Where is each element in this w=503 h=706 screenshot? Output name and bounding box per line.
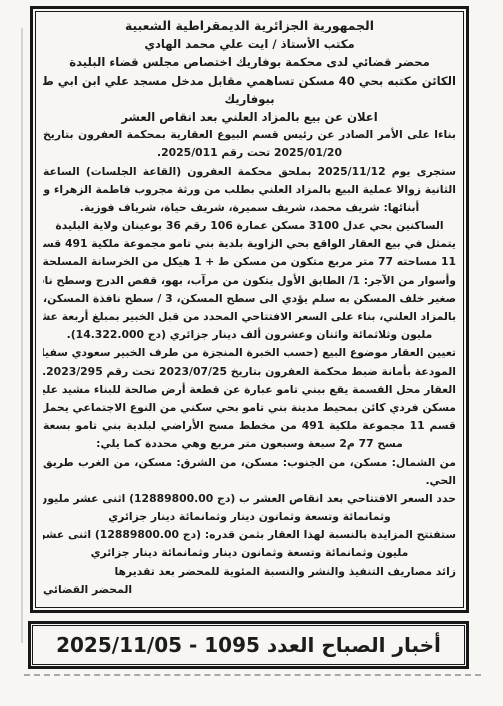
body-line: من الشمال: مسكن، من الجنوب: مسكن، من الش… (43, 454, 456, 472)
body-line: مليون وثلاثمائة واثنان وعشرون ألف دينار … (43, 326, 456, 344)
body-line: الساكنين بحي عدل 3100 مسكن عمارة 106 رقم… (43, 217, 456, 235)
office-city: ببوفاريك (43, 90, 456, 108)
newspaper-issue-text: أخبار الصباح العدد 1095 - 2025/11/05 (56, 633, 441, 657)
body-line: أبنائها: شريف محمد، شريف سميرة، شريف حيا… (43, 199, 456, 217)
newspaper-issue-inner: أخبار الصباح العدد 1095 - 2025/11/05 (32, 625, 465, 665)
scan-edge-artifact (21, 28, 23, 643)
document-page: الجمهورية الجزائرية الديمقراطية الشعبية … (0, 0, 503, 706)
scan-dashed-line (24, 674, 481, 676)
signature: المحضر القضائي (43, 581, 456, 599)
body-line: ستجرى يوم 2025/11/12 بملحق محكمة العفرون… (43, 163, 456, 181)
notice-title: اعلان عن بيع بالمزاد العلني بعد انقاص ال… (43, 108, 456, 126)
body-line: 2025/01/20 تحت رقم 2025/011. (43, 144, 456, 162)
newspaper-issue-box: أخبار الصباح العدد 1095 - 2025/11/05 (28, 621, 469, 669)
body-line: يتمثل في بيع العقار الواقع بحي الزاوية ب… (43, 235, 456, 253)
body-line: تعيين العقار موضوع البيع (حسب الخبرة الم… (43, 344, 456, 362)
body-line: العقار محل القسمة يقع ببني تامو عبارة عن… (43, 381, 456, 399)
bailiff-title: محضر قضائي لدى محكمة بوفاريك اختصاص مجلس… (43, 53, 456, 71)
notice-content: الجمهورية الجزائرية الديمقراطية الشعبية … (35, 11, 464, 608)
body-line: المودعة بأمانة ضبط محكمة العفرون بتاريخ … (43, 363, 456, 381)
body-line: مسكن فردي كائن بمحيط مدينة بني تامو بحي … (43, 399, 456, 417)
body-line: وثمانمائة وتسعة وثمانون دينار وثمانمائة … (43, 508, 456, 526)
body-line: 11 مساحته 77 متر مربع متكون من مسكن ط + … (43, 253, 456, 271)
office-name: مكتب الأستاذ / ايت علي محمد الهادي (43, 35, 456, 53)
notice-box: الجمهورية الجزائرية الديمقراطية الشعبية … (30, 6, 469, 613)
body-line: مليون وثمانمائة وتسعة وثمانون دينار وثما… (43, 544, 456, 562)
body-line: مسح 77 م2 سبعة وسبعون متر مربع وهي محددة… (43, 435, 456, 453)
body-line: زائد مصاريف التنفيذ والنشر والنسبة المئو… (43, 563, 456, 581)
body-line: حدد السعر الافتتاحي بعد انقاص العشر ب ⁦(… (43, 490, 456, 508)
body-line: قسم 11 مجموعة ملكية 491 من مخطط مسح الأر… (43, 417, 456, 435)
body-line: الحي. (43, 472, 456, 490)
body-line: وأسوار من الآجر: 1/ الطابق الأول يتكون م… (43, 272, 456, 290)
body-line: بناءا على الأمر الصادر عن رئيس قسم البيو… (43, 126, 456, 144)
body-line: صغير خلف المسكن به سلم يؤدي الى سطح المس… (43, 290, 456, 308)
office-address: الكائن مكتبه بحي 40 مسكن تساهمي مقابل مد… (43, 72, 456, 90)
body-line: بالمزاد العلني، بناء على السعر الافتتاحي… (43, 308, 456, 326)
republic-title: الجمهورية الجزائرية الديمقراطية الشعبية (43, 17, 456, 35)
body-line: الثانية زوالا عملية البيع بالمزاد العلني… (43, 181, 456, 199)
body-line: ستفتتح المزايدة بالنسبة لهذا العقار بثمن… (43, 526, 456, 544)
